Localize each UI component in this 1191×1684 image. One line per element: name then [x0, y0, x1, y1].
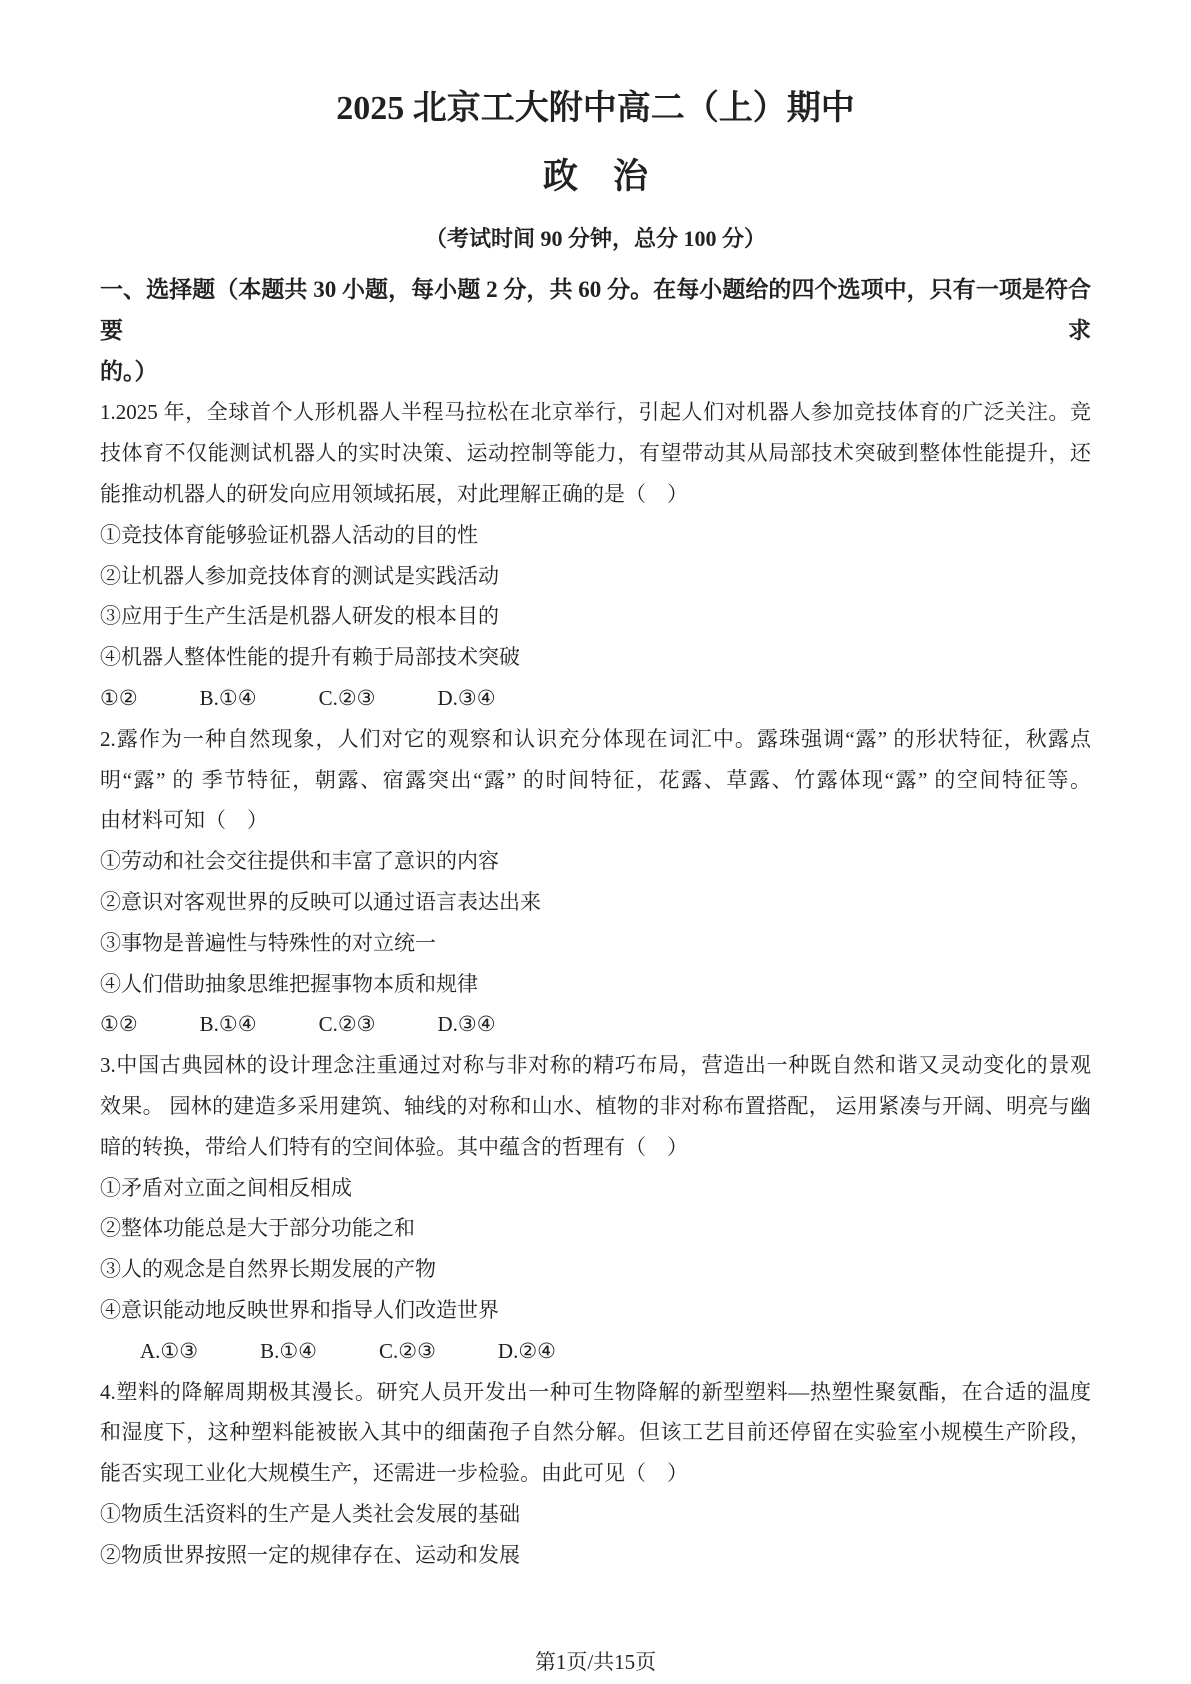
answer-choice: ①② — [100, 1004, 138, 1045]
exam-title: 2025 北京工大附中高二（上）期中 — [100, 0, 1091, 130]
question-stem-line: 明“露” 的 季节特征，朝露、宿露突出“露” 的时间特征，花露、草露、竹露体现“… — [100, 760, 1091, 801]
question-option: ③人的观念是自然界长期发展的产物 — [100, 1249, 1091, 1290]
question-stem-line: 暗的转换，带给人们特有的空间体验。其中蕴含的哲理有（ ） — [100, 1127, 1091, 1168]
question-stem-line: 2.露作为一种自然现象，人们对它的观察和认识充分体现在词汇中。露珠强调“露” 的… — [100, 719, 1091, 760]
question-option: ①竞技体育能够验证机器人活动的目的性 — [100, 515, 1091, 556]
section-heading: 一、选择题（本题共 30 小题，每小题 2 分，共 60 分。在每小题给的四个选… — [100, 270, 1091, 392]
question-option: ②整体功能总是大于部分功能之和 — [100, 1208, 1091, 1249]
answer-choice: D.③④ — [438, 678, 496, 719]
answer-choice: ①② — [100, 678, 138, 719]
question-4: 4.塑料的降解周期极其漫长。研究人员开发出一种可生物降解的新型塑料—热塑性聚氨酯… — [100, 1372, 1091, 1576]
answer-choices-row: ①②B.①④C.②③D.③④ — [100, 1004, 1091, 1045]
question-2: 2.露作为一种自然现象，人们对它的观察和认识充分体现在词汇中。露珠强调“露” 的… — [100, 719, 1091, 1045]
answer-choices-row: ①②B.①④C.②③D.③④ — [100, 678, 1091, 719]
question-stem-line: 技体育不仅能测试机器人的实时决策、运动控制等能力，有望带动其从局部技术突破到整体… — [100, 433, 1091, 474]
exam-page: 2025 北京工大附中高二（上）期中 政 治 （考试时间 90 分钟，总分 10… — [0, 0, 1191, 1684]
answer-choice: C.②③ — [319, 678, 376, 719]
question-stem-line: 能推动机器人的研发向应用领域拓展，对此理解正确的是（ ） — [100, 474, 1091, 515]
question-stem-line: 由材料可知（ ） — [100, 800, 1091, 841]
question-option: ①矛盾对立面之间相反相成 — [100, 1168, 1091, 1209]
exam-info-line: （考试时间 90 分钟，总分 100 分） — [100, 224, 1091, 254]
section-heading-line: 的。） — [100, 352, 1091, 393]
question-option: ②物质世界按照一定的规律存在、运动和发展 — [100, 1535, 1091, 1576]
question-option: ①物质生活资料的生产是人类社会发展的基础 — [100, 1494, 1091, 1535]
question-stem-line: 3.中国古典园林的设计理念注重通过对称与非对称的精巧布局，营造出一种既自然和谐又… — [100, 1045, 1091, 1086]
question-stem-line: 能否实现工业化大规模生产，还需进一步检验。由此可见（ ） — [100, 1453, 1091, 1494]
question-option: ①劳动和社会交往提供和丰富了意识的内容 — [100, 841, 1091, 882]
question-option: ③事物是普遍性与特殊性的对立统一 — [100, 923, 1091, 964]
question-option: ④意识能动地反映世界和指导人们改造世界 — [100, 1290, 1091, 1331]
question-option: ④机器人整体性能的提升有赖于局部技术突破 — [100, 637, 1091, 678]
page-footer: 第1页/共15页 — [0, 1650, 1191, 1674]
question-option: ③应用于生产生活是机器人研发的根本目的 — [100, 596, 1091, 637]
answer-choice: D.③④ — [438, 1004, 496, 1045]
question-1: 1.2025 年，全球首个人形机器人半程马拉松在北京举行，引起人们对机器人参加竞… — [100, 392, 1091, 718]
question-option: ②意识对客观世界的反映可以通过语言表达出来 — [100, 882, 1091, 923]
answer-choice: A.①③ — [140, 1331, 198, 1372]
section-heading-line: 一、选择题（本题共 30 小题，每小题 2 分，共 60 分。在每小题给的四个选… — [100, 270, 1091, 352]
answer-choice: C.②③ — [379, 1331, 436, 1372]
exam-subject: 政 治 — [100, 156, 1091, 198]
answer-choice: B.①④ — [260, 1331, 317, 1372]
answer-choices-row: A.①③B.①④C.②③D.②④ — [100, 1331, 1091, 1372]
question-list: 1.2025 年，全球首个人形机器人半程马拉松在北京举行，引起人们对机器人参加竞… — [100, 392, 1091, 1575]
answer-choice: B.①④ — [200, 1004, 257, 1045]
page-content: 2025 北京工大附中高二（上）期中 政 治 （考试时间 90 分钟，总分 10… — [0, 0, 1191, 1576]
answer-choice: C.②③ — [319, 1004, 376, 1045]
answer-choice: B.①④ — [200, 678, 257, 719]
question-option: ④人们借助抽象思维把握事物本质和规律 — [100, 964, 1091, 1005]
question-stem-line: 效果。 园林的建造多采用建筑、轴线的对称和山水、植物的非对称布置搭配， 运用紧凑… — [100, 1086, 1091, 1127]
question-3: 3.中国古典园林的设计理念注重通过对称与非对称的精巧布局，营造出一种既自然和谐又… — [100, 1045, 1091, 1371]
answer-choice: D.②④ — [498, 1331, 556, 1372]
question-stem-line: 和湿度下，这种塑料能被嵌入其中的细菌孢子自然分解。但该工艺目前还停留在实验室小规… — [100, 1412, 1091, 1453]
question-stem-line: 1.2025 年，全球首个人形机器人半程马拉松在北京举行，引起人们对机器人参加竞… — [100, 392, 1091, 433]
question-option: ②让机器人参加竞技体育的测试是实践活动 — [100, 556, 1091, 597]
question-stem-line: 4.塑料的降解周期极其漫长。研究人员开发出一种可生物降解的新型塑料—热塑性聚氨酯… — [100, 1372, 1091, 1413]
